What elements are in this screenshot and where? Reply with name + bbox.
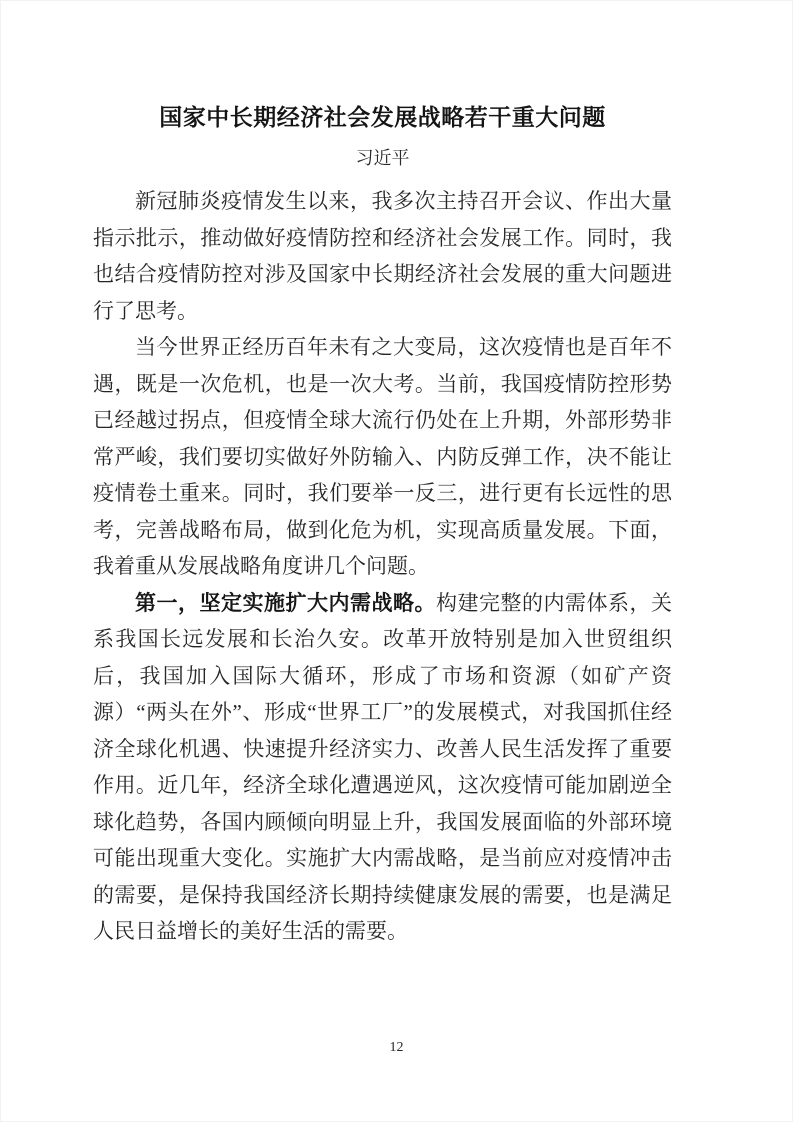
paragraph-text: 构建完整的内需体系，关系我国长远发展和长治久安。改革开放特别是加入世贸组织后，我… — [93, 591, 672, 944]
paragraph: 当今世界正经历百年未有之大变局，这次疫情也是百年不遇，既是一次危机，也是一次大考… — [93, 329, 672, 585]
document-title: 国家中长期经济社会发展战略若干重大问题 — [93, 102, 672, 134]
paragraph: 第一，坚定实施扩大内需战略。构建完整的内需体系，关系我国长远发展和长治久安。改革… — [93, 585, 672, 950]
paragraph-bold-lead: 第一，坚定实施扩大内需战略。 — [135, 591, 436, 615]
document-page: 国家中长期经济社会发展战略若干重大问题 习近平 新冠肺炎疫情发生以来，我多次主持… — [0, 0, 793, 1122]
page-number: 12 — [0, 1040, 793, 1056]
paragraph: 新冠肺炎疫情发生以来，我多次主持召开会议、作出大量指示批示，推动做好疫情防控和经… — [93, 183, 672, 329]
author-byline: 习近平 — [93, 146, 672, 170]
document-body: 国家中长期经济社会发展战略若干重大问题 习近平 新冠肺炎疫情发生以来，我多次主持… — [93, 0, 672, 950]
body-text: 新冠肺炎疫情发生以来，我多次主持召开会议、作出大量指示批示，推动做好疫情防控和经… — [93, 183, 672, 950]
